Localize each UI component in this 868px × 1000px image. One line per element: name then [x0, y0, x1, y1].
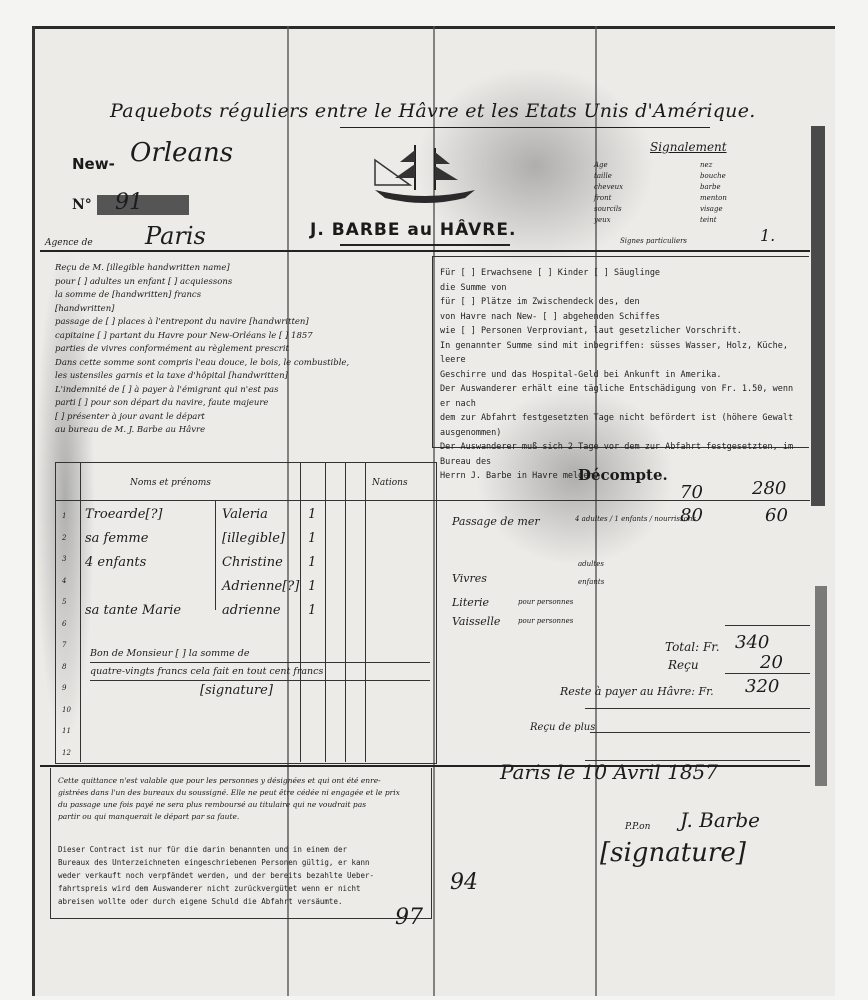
reste-value: 320 [745, 676, 779, 697]
decompte-sub-adultes: adultes [578, 560, 604, 568]
table-row: sa tante Marie [85, 599, 181, 623]
french-receipt: Reçu de M. [illegible handwritten name] … [55, 262, 430, 438]
decompte-label-vaisselle: Vaisselle [452, 615, 500, 628]
field-label: yeux [594, 215, 623, 226]
passenger-counts: 1 1 1 1 1 [308, 503, 316, 623]
col-divider [300, 462, 301, 762]
edge-shadow [815, 586, 827, 786]
field-label: teint [700, 215, 727, 226]
table-row: sa femme [85, 527, 181, 551]
notice-line: Bureaux des Unterzeichneten eingeschrieb… [58, 856, 428, 869]
notice-line: gistrées dans l'un des bureaux du soussi… [58, 787, 428, 799]
destination-value: Orleans [130, 138, 233, 168]
recu-value: 20 [760, 652, 783, 673]
column-header-nations: Nations [372, 478, 408, 488]
receipt-line: wie [ ] Personen Verproviant, laut geset… [440, 324, 800, 339]
field-label: sourcils [594, 204, 623, 215]
row-number: 2 [62, 528, 71, 550]
receipt-line: passage de [ ] places à l'entrepont du n… [55, 316, 430, 330]
ship-icon [370, 140, 480, 210]
german-receipt: Für [ ] Erwachsene [ ] Kinder [ ] Säugli… [440, 266, 800, 484]
notice-line: Dieser Contract ist nur für die darin be… [58, 843, 428, 856]
notice-german: Dieser Contract ist nur für die darin be… [58, 843, 428, 908]
receipt-line: von Havre nach New- [ ] abgehenden Schif… [440, 310, 800, 325]
receipt-line: pour [ ] adultes un enfant [ ] acquiesso… [55, 276, 430, 290]
decompte-value-passage-1: 80 [680, 505, 703, 526]
number-value: 91 [115, 190, 143, 215]
row-number: 5 [62, 592, 71, 614]
table-row: Christine [222, 551, 299, 575]
recu-de-plus-label: Reçu de plus [530, 722, 595, 733]
field-label: nez [700, 160, 727, 171]
header-divider [55, 500, 435, 501]
receipt-line: Der Auswanderer muß sich 2 Tage vor dem … [440, 440, 800, 469]
decompte-sub-literie: pour personnes [518, 598, 573, 606]
notice-line: partir ou qui manquerait le départ par s… [58, 811, 428, 823]
decompte-top-value-1: 70 [680, 482, 703, 503]
field-label: cheveux [594, 182, 623, 193]
decompte-label-passage: Passage de mer [452, 515, 540, 528]
receipt-line: Für [ ] Erwachsene [ ] Kinder [ ] Säugli… [440, 266, 800, 281]
note-line: quatre-vingts francs cela fait en tout c… [90, 663, 430, 681]
receipt-line: Geschirre und das Hospital-Geld bei Anku… [440, 368, 800, 383]
col-divider [365, 462, 366, 762]
signalement-title: Signalement [650, 140, 727, 154]
decompte-divider [435, 500, 810, 501]
field-label: Age [594, 160, 623, 171]
receipt-line: [ ] présenter à jour avant le départ [55, 411, 430, 425]
receipt-line: au bureau de M. J. Barbe au Hâvre [55, 424, 430, 438]
field-label: front [594, 193, 623, 204]
document-heading: Paquebots réguliers entre le Hâvre et le… [110, 100, 756, 122]
receipt-line: parties de vivres conformément au règlem… [55, 343, 430, 357]
decompte-sub-enfants: enfants [578, 578, 604, 586]
row-number: 10 [62, 700, 71, 722]
ppon-label: P.P.on [625, 822, 650, 832]
decompte-label-literie: Literie [452, 596, 489, 609]
notice-line: weder verkauft noch verpfändet werden, u… [58, 869, 428, 882]
place-date: Paris le 10 Avril 1857 [500, 760, 718, 784]
decompte-label-vivres: Vivres [452, 572, 487, 585]
col-divider [325, 462, 326, 762]
agency-value: Paris [145, 222, 206, 250]
row-number: 9 [62, 678, 71, 700]
sum-rule [725, 625, 810, 626]
table-row: Valeria [222, 503, 299, 527]
count-cell: 1 [308, 575, 316, 599]
receipt-line: die Summe von [440, 281, 800, 296]
receipt-line: Dans cette somme sont compris l'eau douc… [55, 357, 430, 371]
receipt-line: [handwritten] [55, 303, 430, 317]
receipt-line: dem zur Abfahrt festgesetzten Tage nicht… [440, 411, 800, 440]
table-signature: [signature] [200, 683, 273, 698]
note-line: Bon de Monsieur [ ] la somme de [90, 645, 430, 663]
count-cell: 1 [308, 551, 316, 575]
field-label: menton [700, 193, 727, 204]
column-header-names: Noms et prénoms [130, 478, 211, 488]
number-label: N° [72, 197, 92, 213]
signalement-left-fields: Age taille cheveux front sourcils yeux [594, 160, 623, 226]
annotation-94: 94 [450, 870, 478, 895]
total-value: 340 [735, 632, 769, 653]
count-cell: 1 [308, 527, 316, 551]
sum-rule [585, 708, 810, 709]
receipt-line: capitaine [ ] partant du Havre pour New-… [55, 330, 430, 344]
decompte-sub-passage: 4 adultes / 1 enfants / nourrissons [575, 515, 696, 523]
signalement-footer: Signes particuliers [620, 237, 687, 245]
table-row: Troearde[?] [85, 503, 181, 527]
total-label: Total: Fr. [665, 640, 720, 654]
row-number: 3 [62, 549, 71, 571]
notice-line: Cette quittance n'est valable que pour l… [58, 775, 428, 787]
passenger-given-names: Valeria [illegible] Christine Adrienne[?… [222, 503, 299, 623]
table-row: 4 enfants [85, 551, 181, 575]
agency-label: Agence de [45, 238, 93, 248]
count-cell: 1 [308, 599, 316, 623]
table-row: adrienne [222, 599, 299, 623]
destination-label: New- [72, 155, 115, 173]
recu-label: Reçu [668, 658, 699, 672]
table-row: [illegible] [222, 527, 299, 551]
signature-signer: [signature] [600, 838, 746, 868]
receipt-line: für [ ] Plätze im Zwischendeck des, den [440, 295, 800, 310]
receipt-line: les ustensiles garnis et la taxe d'hôpit… [55, 370, 430, 384]
row-number: 1 [62, 506, 71, 528]
notice-line: fahrtspreis wird dem Auswanderer nicht z… [58, 882, 428, 895]
company-name: J. BARBE au HÂVRE. [310, 220, 516, 240]
col-divider [345, 462, 346, 762]
col-divider [80, 462, 81, 762]
edge-shadow [811, 126, 825, 506]
annotation-97: 97 [395, 905, 423, 930]
section-divider [40, 250, 810, 252]
receipt-line: Reçu de M. [illegible handwritten name] [55, 262, 430, 276]
payment-note: Bon de Monsieur [ ] la somme de quatre-v… [90, 645, 430, 681]
signalement-mark: 1. [760, 226, 775, 245]
sum-rule [590, 732, 810, 733]
receipt-line: L'indemnité de [ ] à payer à l'émigrant … [55, 384, 430, 398]
heading-underline [340, 127, 710, 128]
field-label: barbe [700, 182, 727, 193]
number-box [97, 195, 189, 215]
row-number: 8 [62, 657, 71, 679]
receipt-line: In genannter Summe sind mit inbegriffen:… [440, 339, 800, 368]
passenger-surnames: Troearde[?] sa femme 4 enfants sa tante … [85, 503, 181, 623]
row-number: 4 [62, 571, 71, 593]
row-number: 12 [62, 743, 71, 765]
field-label: taille [594, 171, 623, 182]
receipt-line: la somme de [handwritten] francs [55, 289, 430, 303]
brand-underline [340, 244, 510, 246]
signature-company: J. Barbe [680, 808, 760, 832]
row-number: 11 [62, 721, 71, 743]
reste-label: Reste à payer au Hâvre: Fr. [560, 685, 714, 698]
col-divider [215, 500, 216, 610]
row-number: 6 [62, 614, 71, 636]
notice-line: du passage une fois payé ne sera plus re… [58, 799, 428, 811]
decompte-value-passage-2: 60 [765, 505, 788, 526]
decompte-sub-vaisselle: pour personnes [518, 617, 573, 625]
receipt-line: Der Auswanderer erhält eine tägliche Ent… [440, 382, 800, 411]
notice-line: abreisen wollte oder durch eigene Schuld… [58, 895, 428, 908]
receipt-line: parti [ ] pour son départ du navire, fau… [55, 397, 430, 411]
signalement-right-fields: nez bouche barbe menton visage teint [700, 160, 727, 226]
notice-french: Cette quittance n'est valable que pour l… [58, 775, 428, 823]
table-row: Adrienne[?] [222, 575, 299, 599]
count-cell: 1 [308, 503, 316, 527]
sum-rule [725, 673, 810, 674]
decompte-top-value-2: 280 [752, 478, 786, 499]
row-numbers: 1 2 3 4 5 6 7 8 9 10 11 12 [62, 506, 71, 764]
field-label: visage [700, 204, 727, 215]
row-number: 7 [62, 635, 71, 657]
field-label: bouche [700, 171, 727, 182]
table-row [85, 575, 181, 599]
decompte-title: Décompte. [578, 466, 668, 484]
